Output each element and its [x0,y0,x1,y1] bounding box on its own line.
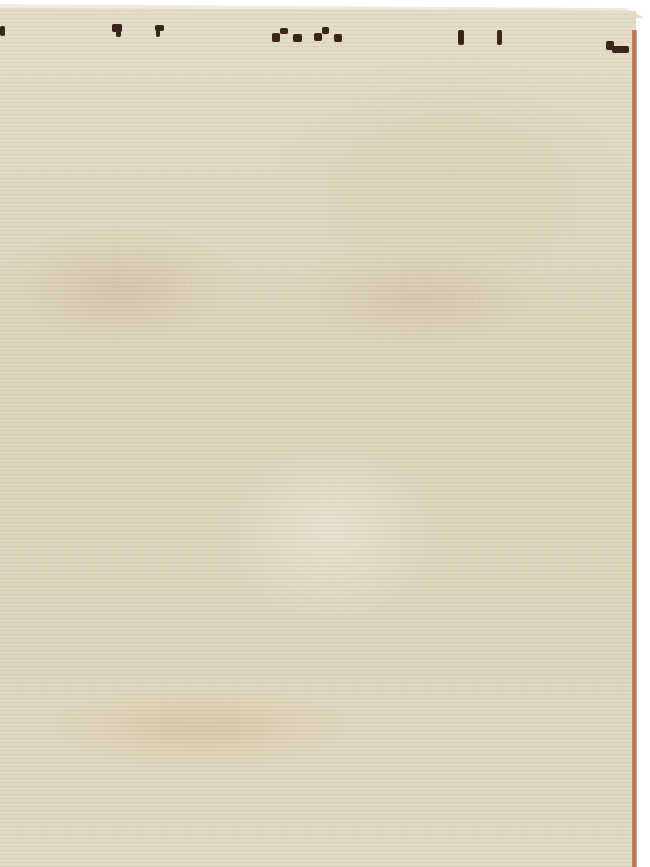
motif [314,33,322,41]
motif [497,30,502,45]
motif [0,26,5,36]
motif [272,33,280,42]
motif [458,30,464,45]
motif [116,30,121,37]
motif [612,46,629,53]
rug-field [0,8,636,867]
motif [322,27,329,34]
motif [293,34,302,42]
motif [280,28,288,34]
rug-photo [0,0,650,867]
motif [334,34,342,42]
motif [156,29,160,37]
rug-selvedge [632,30,637,867]
